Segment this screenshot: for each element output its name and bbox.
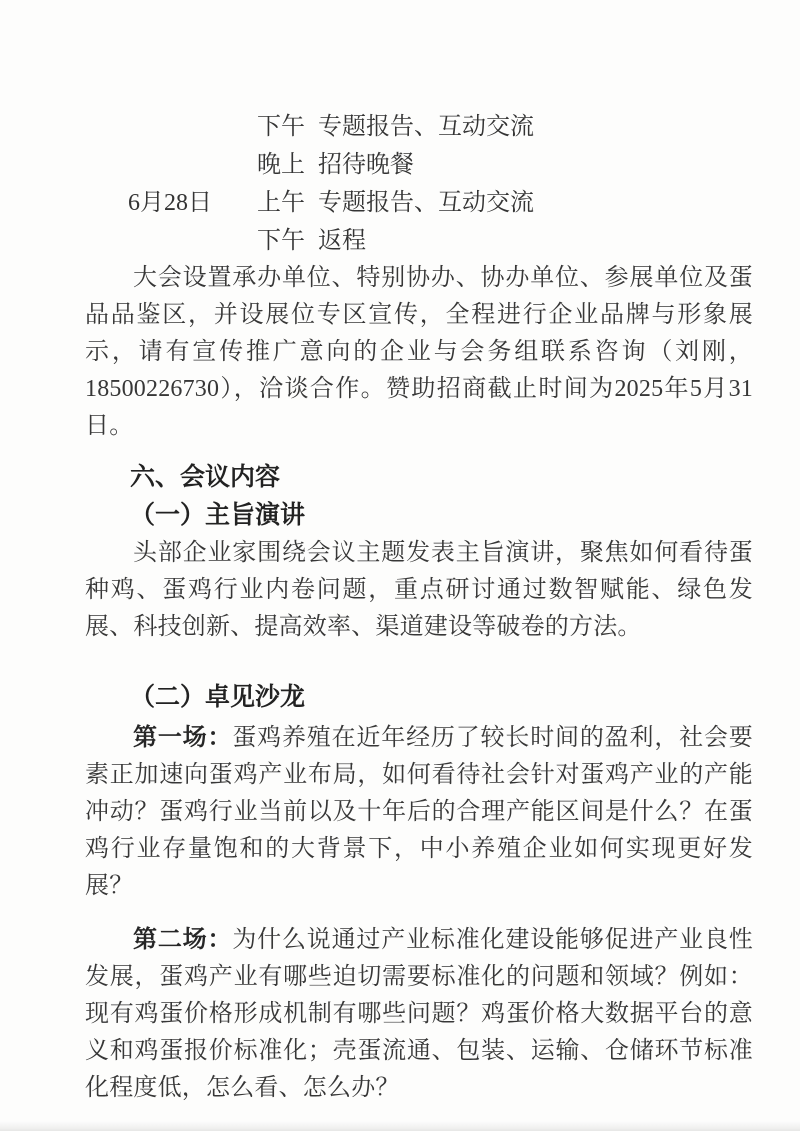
schedule-activity: 专题报告、互动交流 xyxy=(318,190,534,216)
schedule-activity: 招待晚餐 xyxy=(318,152,414,178)
schedule-date: 6月28日 xyxy=(128,184,257,222)
sponsor-exhibition-paragraph: 大会设置承办单位、特别协办、协办单位、参展单位及蛋品品鉴区，并设展位专区宣传，全… xyxy=(85,260,753,445)
schedule-time: 下午 xyxy=(257,108,318,146)
schedule-row: 下午专题报告、互动交流 xyxy=(85,108,753,146)
keynote-paragraph: 头部企业家围绕会议主题发表主旨演讲，聚焦如何看待蛋种鸡、蛋鸡行业内卷问题，重点研… xyxy=(85,535,753,646)
salon-session2-text: 为什么说通过产业标准化建设能够促进产业良性发展，蛋鸡产业有哪些迫切需要标准化的问… xyxy=(85,927,753,1101)
schedule-row: 晚上招待晚餐 xyxy=(85,146,753,184)
salon-session1-label: 第一场： xyxy=(133,725,232,751)
scan-bottom-shadow xyxy=(0,1121,800,1131)
agenda-schedule: 下午专题报告、互动交流 晚上招待晚餐 6月28日上午专题报告、互动交流 下午返程 xyxy=(85,108,753,260)
schedule-activity: 返程 xyxy=(318,228,366,254)
salon-session2-paragraph: 第二场：为什么说通过产业标准化建设能够促进产业良性发展，蛋鸡产业有哪些迫切需要标… xyxy=(85,922,753,1107)
schedule-time: 上午 xyxy=(257,184,318,222)
schedule-row: 下午返程 xyxy=(85,222,753,260)
salon-session1-text: 蛋鸡养殖在近年经历了较长时间的盈利，社会要素正加速向蛋鸡产业布局，如何看待社会针… xyxy=(85,725,753,899)
section-heading-meeting-content: 六、会议内容 xyxy=(85,462,753,492)
scanned-document: { "page": { "background_color": "#fdfdfc… xyxy=(0,0,800,1131)
schedule-row: 6月28日上午专题报告、互动交流 xyxy=(85,184,753,222)
schedule-time: 晚上 xyxy=(257,146,318,184)
subsection-heading-salon: （二）卓见沙龙 xyxy=(85,682,753,712)
schedule-activity: 专题报告、互动交流 xyxy=(318,114,534,140)
schedule-time: 下午 xyxy=(257,222,318,260)
document-page: 下午专题报告、互动交流 晚上招待晚餐 6月28日上午专题报告、互动交流 下午返程… xyxy=(85,108,753,1107)
salon-session1-paragraph: 第一场：蛋鸡养殖在近年经历了较长时间的盈利，社会要素正加速向蛋鸡产业布局，如何看… xyxy=(85,720,753,905)
subsection-heading-keynote: （一）主旨演讲 xyxy=(85,500,753,530)
salon-session2-label: 第二场： xyxy=(133,927,232,953)
